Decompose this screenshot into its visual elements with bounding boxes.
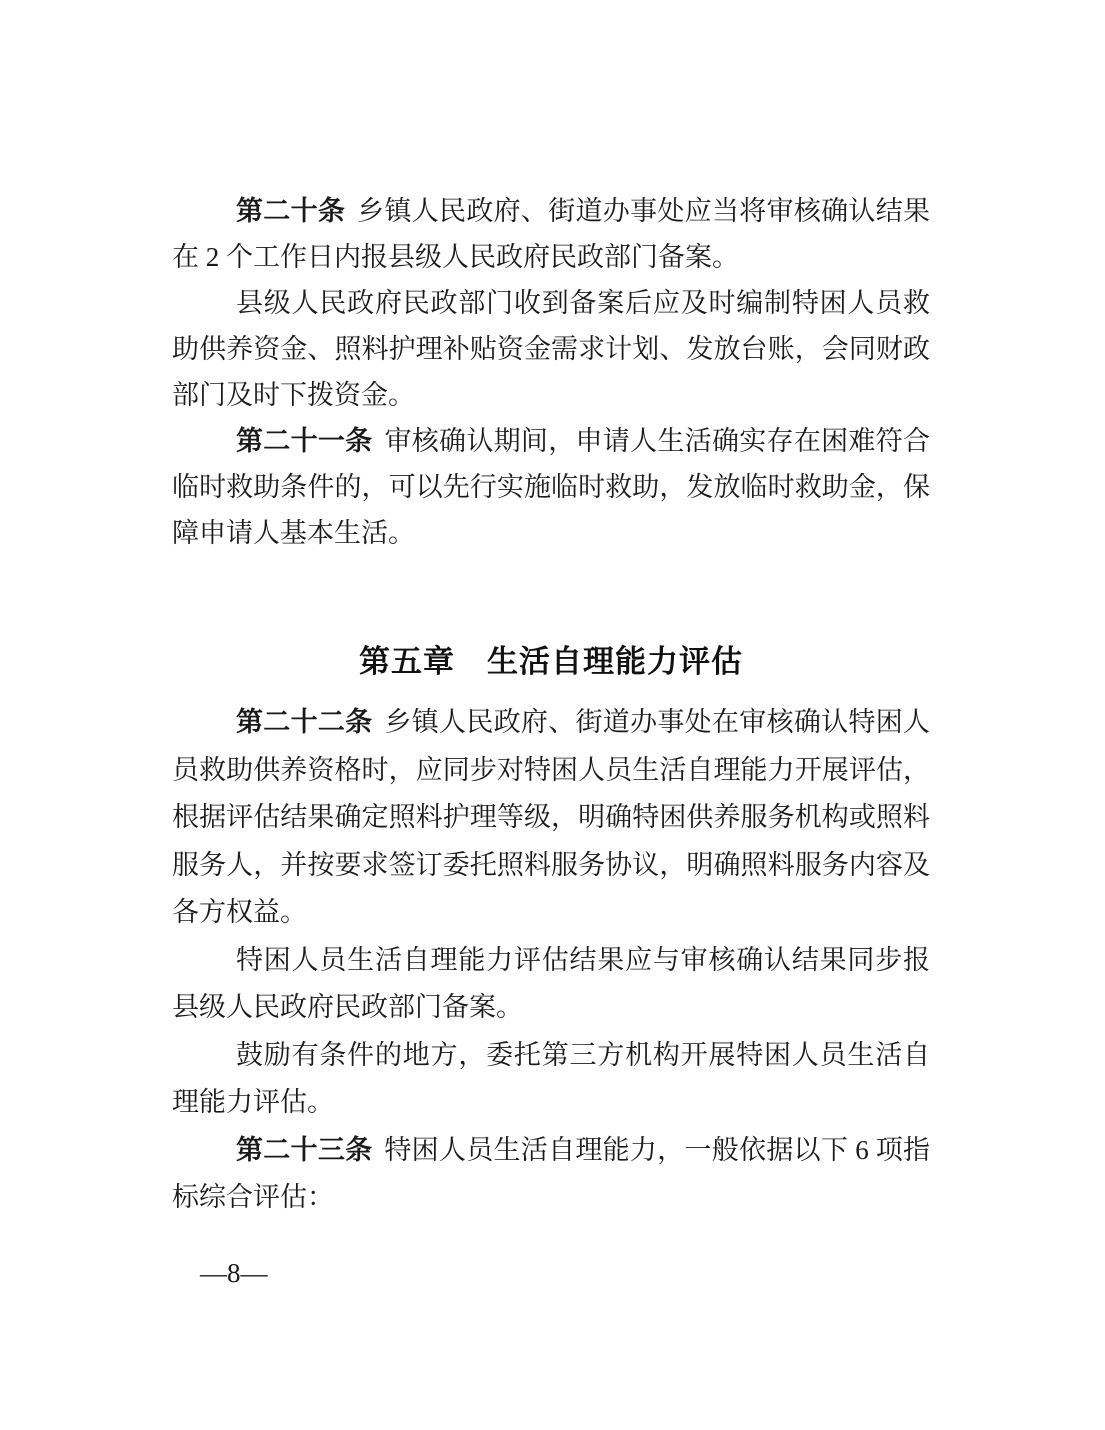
chapter-5-heading: 第五章 生活自理能力评估 <box>172 639 930 685</box>
article-23-number: 第二十三条 <box>236 1135 372 1165</box>
page-number: —8— <box>200 1258 268 1288</box>
article-22-text: 乡镇人民政府、街道办事处在审核确认特困人员救助供养资格时，应同步对特困人员生活自… <box>172 707 930 927</box>
article-22-number: 第二十二条 <box>236 707 372 737</box>
document-body: 第二十条乡镇人民政府、街道办事处应当将审核确认结果在 2 个工作日内报县级人民政… <box>172 188 930 1222</box>
paragraph-article-22-cont-1: 特困人员生活自理能力评估结果应与审核确认结果同步报县级人民政府民政部门备案。 <box>172 937 930 1032</box>
paragraph-article-22-cont-2: 鼓励有条件的地方，委托第三方机构开展特困人员生活自理能力评估。 <box>172 1032 930 1127</box>
document-page: 第二十条乡镇人民政府、街道办事处应当将审核确认结果在 2 个工作日内报县级人民政… <box>0 0 1105 1430</box>
article-20-cont-text: 县级人民政府民政部门收到备案后应及时编制特困人员救助供养资金、照料护理补贴资金需… <box>172 288 930 410</box>
paragraph-article-22: 第二十二条乡镇人民政府、街道办事处在审核确认特困人员救助供养资格时，应同步对特困… <box>172 699 930 937</box>
article-21-number: 第二十一条 <box>236 426 372 456</box>
paragraph-article-20-cont: 县级人民政府民政部门收到备案后应及时编制特困人员救助供养资金、照料护理补贴资金需… <box>172 280 930 418</box>
article-22-cont-1-text: 特困人员生活自理能力评估结果应与审核确认结果同步报县级人民政府民政部门备案。 <box>172 945 930 1023</box>
article-22-cont-2-text: 鼓励有条件的地方，委托第三方机构开展特困人员生活自理能力评估。 <box>172 1040 930 1118</box>
paragraph-article-23: 第二十三条特困人员生活自理能力，一般依据以下 6 项指标综合评估： <box>172 1127 930 1222</box>
paragraph-article-20: 第二十条乡镇人民政府、街道办事处应当将审核确认结果在 2 个工作日内报县级人民政… <box>172 188 930 280</box>
paragraph-article-21: 第二十一条审核确认期间，申请人生活确实存在困难符合临时救助条件的，可以先行实施临… <box>172 418 930 556</box>
article-20-number: 第二十条 <box>236 196 345 226</box>
